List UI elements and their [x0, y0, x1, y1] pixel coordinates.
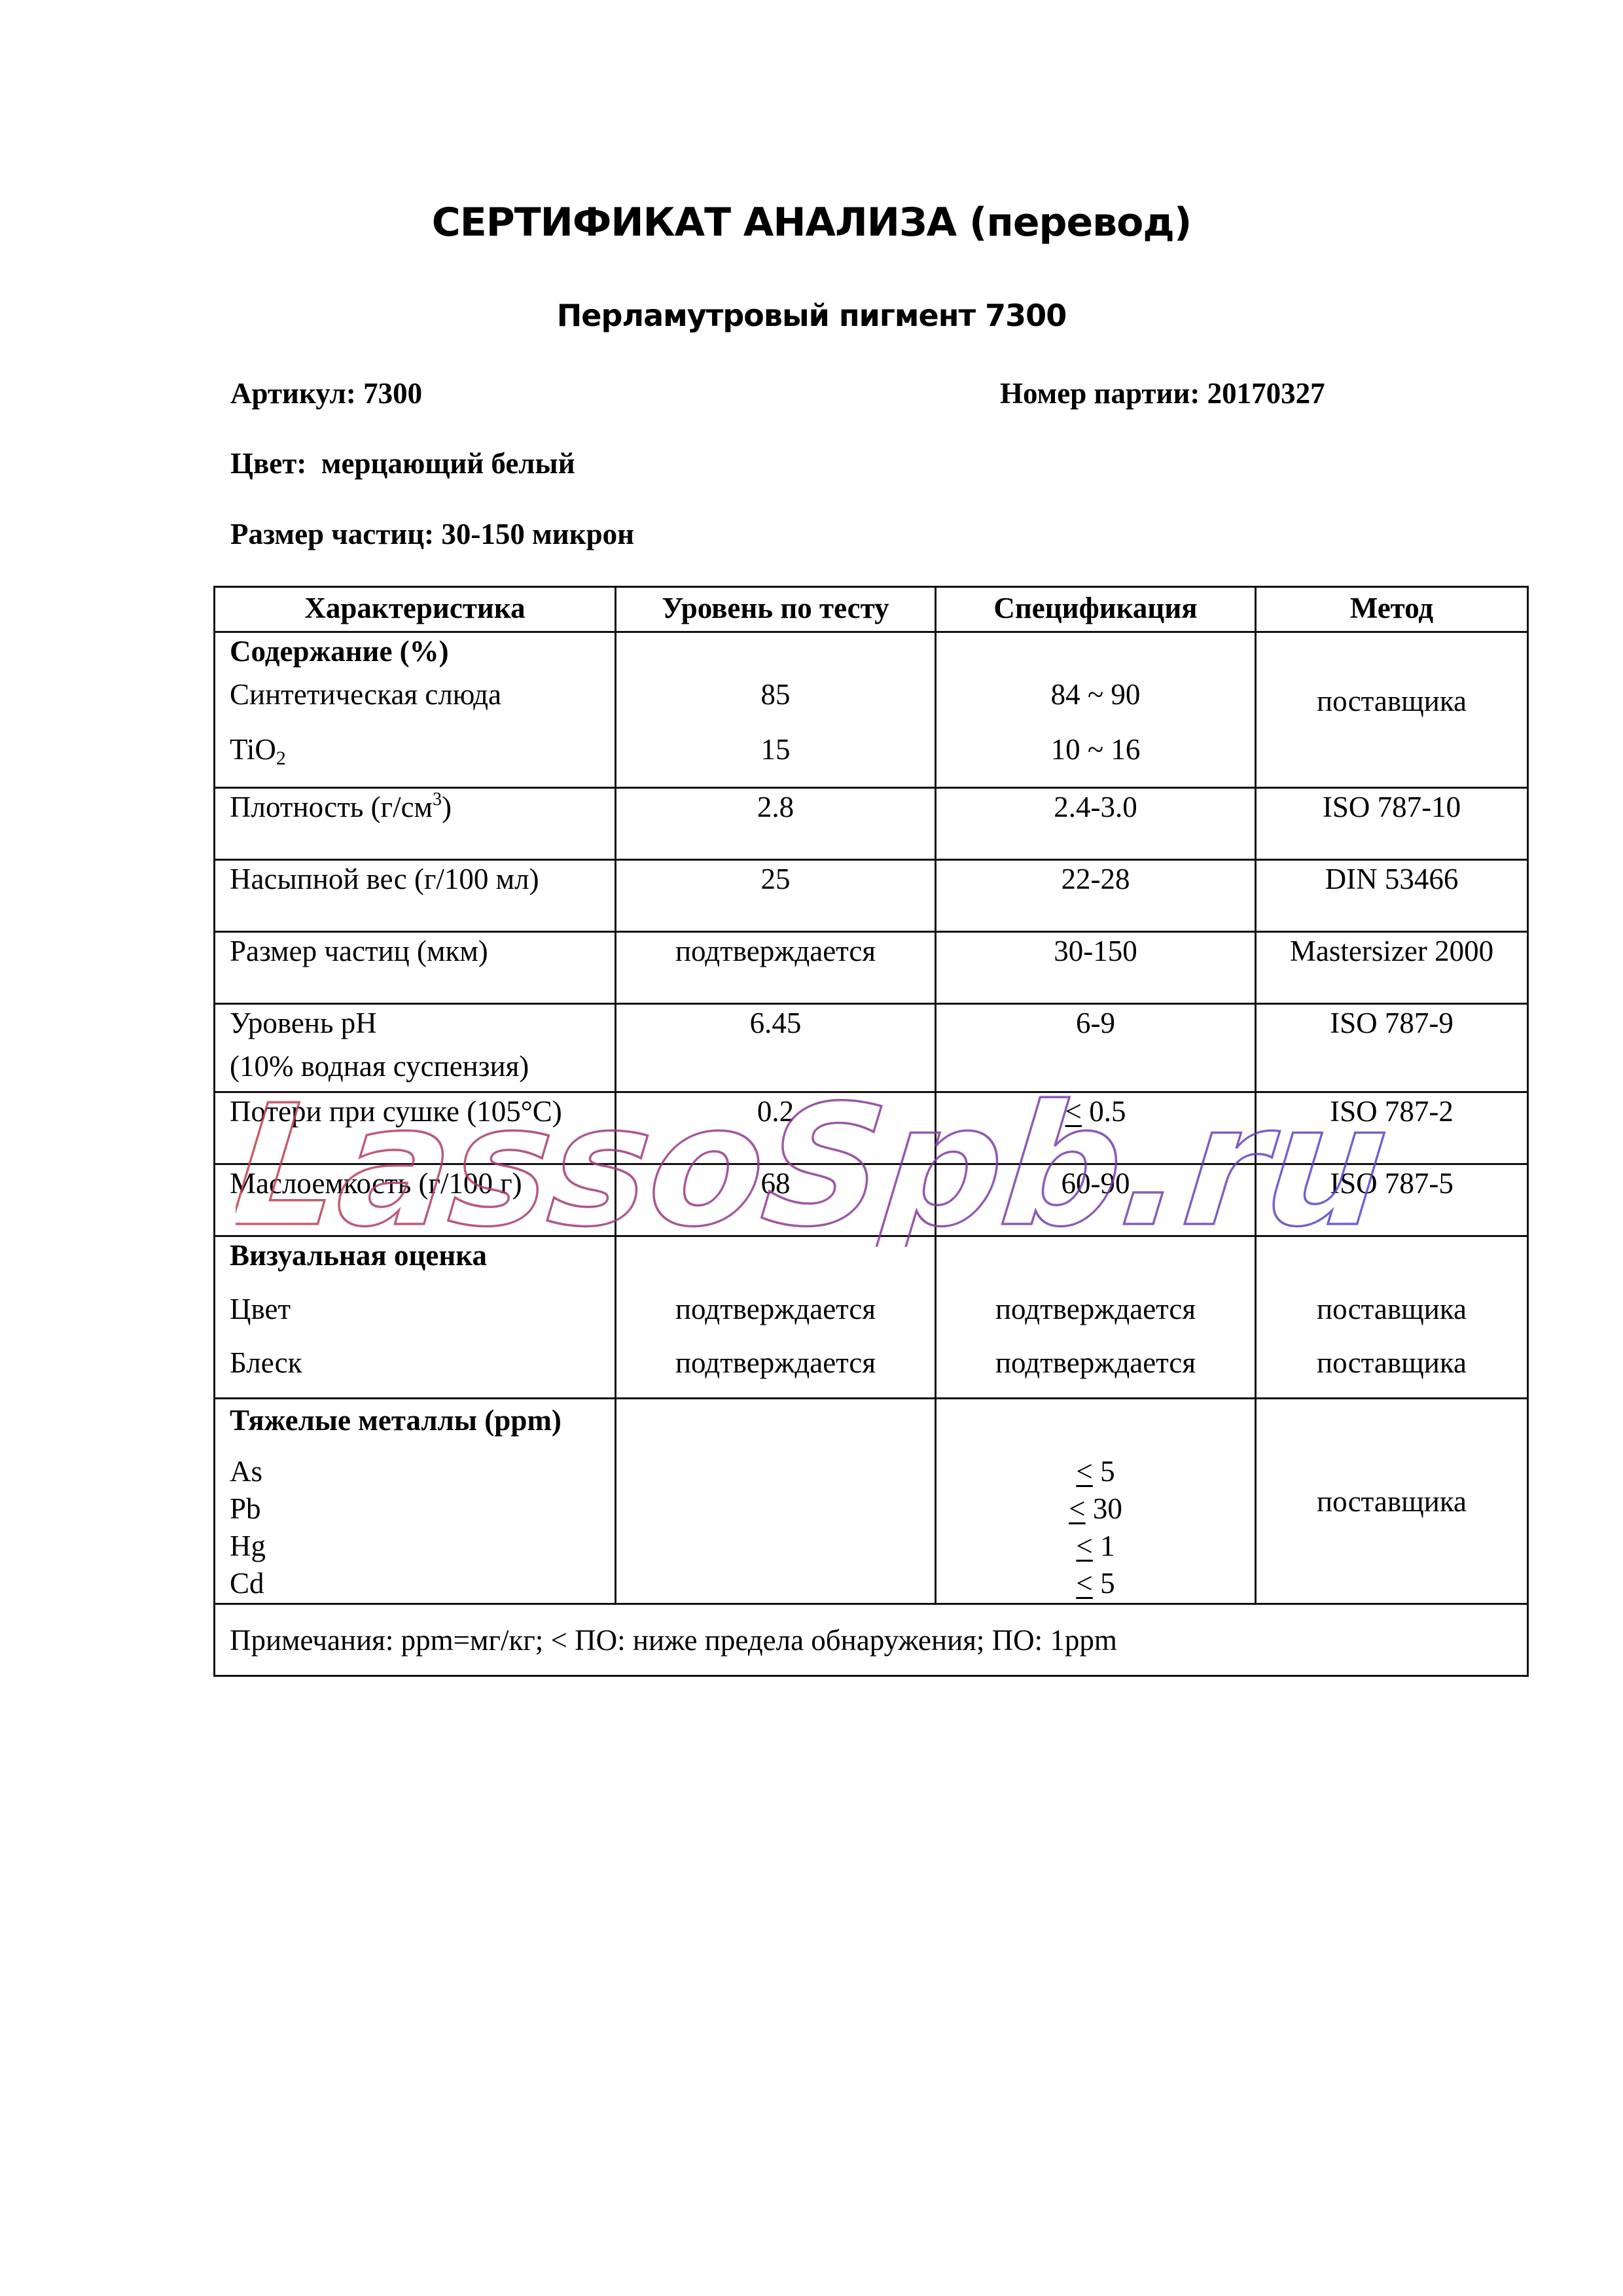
visual-color-result: подтверждается: [616, 1291, 935, 1327]
visual-gloss-method: поставщика: [1257, 1344, 1527, 1381]
metal-hg-label: Hg: [230, 1528, 615, 1565]
metal-as-spec: < 5: [936, 1453, 1255, 1490]
tio2-spec: 10 ~ 16: [936, 731, 1255, 768]
ph-label: Уровень pH (10% водная суспензия): [215, 1004, 616, 1092]
visual-results: подтверждается подтверждается: [616, 1236, 936, 1399]
content-method: поставщика: [1256, 632, 1528, 788]
content-characteristic: Содержание (%) Синтетическая слюда TiO2: [215, 632, 616, 788]
drying-method: ISO 787-2: [1256, 1092, 1528, 1164]
ph-spec: 6-9: [936, 1004, 1256, 1092]
density-result: 2.8: [616, 788, 936, 860]
tio2-subscript: 2: [276, 747, 286, 769]
metal-pb-value: 30: [1086, 1492, 1122, 1525]
less-equal-sign: <: [1076, 1455, 1092, 1488]
ph-method: ISO 787-9: [1256, 1004, 1528, 1092]
drying-spec-value: 0.5: [1082, 1095, 1126, 1128]
mica-result: 85: [616, 676, 935, 713]
metals-characteristic: Тяжелые металлы (ppm) As Pb Hg Cd: [215, 1399, 616, 1604]
particle-size-summary: Размер частиц: 30-150 микрон: [230, 516, 634, 552]
metal-pb-label: Pb: [230, 1490, 615, 1528]
document-title: СЕРТИФИКАТ АНАЛИЗА (перевод): [0, 196, 1623, 249]
batch-number: Номер партии: 20170327: [1000, 375, 1325, 412]
tio2-label: TiO2: [230, 731, 615, 768]
visual-color-label: Цвет: [230, 1291, 615, 1327]
header-specification: Спецификация: [936, 587, 1256, 632]
notes-text: Примечания: ppm=мг/кг; < ПО: ниже предел…: [215, 1604, 1528, 1676]
metal-hg-value: 1: [1093, 1530, 1115, 1562]
ph-label-line1: Уровень pH: [230, 1005, 615, 1041]
metals-specs: < 5 < 30 < 1 < 5: [936, 1399, 1256, 1604]
metal-pb-spec: < 30: [936, 1490, 1255, 1528]
bulk-method: DIN 53466: [1256, 860, 1528, 932]
particle-label: Размер частиц (мкм): [215, 932, 616, 1004]
table-header-row: Характеристика Уровень по тесту Специфик…: [215, 587, 1528, 632]
oil-result: 68: [616, 1164, 936, 1236]
analysis-table: Характеристика Уровень по тесту Специфик…: [213, 586, 1529, 1677]
metal-cd-label: Cd: [230, 1565, 615, 1602]
product-subtitle: Перламутровый пигмент 7300: [0, 295, 1623, 336]
tio2-main: TiO: [230, 733, 276, 766]
visual-methods: поставщика поставщика: [1256, 1236, 1528, 1399]
bulk-result: 25: [616, 860, 936, 932]
metals-section-title: Тяжелые металлы (ppm): [230, 1402, 615, 1439]
particle-result: подтверждается: [616, 932, 936, 1004]
oil-spec: 60-90: [936, 1164, 1256, 1236]
less-equal-sign: <: [1065, 1095, 1082, 1128]
table-row-oil: Маслоемкость (г/100 г) 68 60-90 ISO 787-…: [215, 1164, 1528, 1236]
header-characteristic: Характеристика: [215, 587, 616, 632]
table-row-notes: Примечания: ppm=мг/кг; < ПО: ниже предел…: [215, 1604, 1528, 1676]
table-row-content: Содержание (%) Синтетическая слюда TiO2 …: [215, 632, 1528, 788]
visual-specs: подтверждается подтверждается: [936, 1236, 1256, 1399]
drying-result: 0.2: [616, 1092, 936, 1164]
metal-hg-spec: < 1: [936, 1528, 1255, 1565]
table-row-bulk: Насыпной вес (г/100 мл) 25 22-28 DIN 534…: [215, 860, 1528, 932]
metal-as-value: 5: [1093, 1455, 1115, 1488]
less-equal-sign: <: [1069, 1492, 1085, 1525]
oil-label: Маслоемкость (г/100 г): [215, 1164, 616, 1236]
metals-method: поставщика: [1256, 1399, 1528, 1604]
content-section-title: Содержание (%): [230, 633, 615, 670]
table-row-ph: Уровень pH (10% водная суспензия) 6.45 6…: [215, 1004, 1528, 1092]
content-method-text: поставщика: [1257, 683, 1527, 719]
metal-cd-spec: < 5: [936, 1565, 1255, 1602]
header-test-result: Уровень по тесту: [616, 587, 936, 632]
bulk-spec: 22-28: [936, 860, 1256, 932]
article-number: Артикул: 7300: [230, 375, 422, 412]
tio2-result: 15: [616, 731, 935, 768]
less-equal-sign: <: [1076, 1530, 1092, 1562]
visual-color-spec: подтверждается: [936, 1291, 1255, 1327]
visual-gloss-label: Блеск: [230, 1344, 615, 1381]
oil-method: ISO 787-5: [1256, 1164, 1528, 1236]
density-spec: 2.4-3.0: [936, 788, 1256, 860]
table-row-visual: Визуальная оценка Цвет Блеск подтверждае…: [215, 1236, 1528, 1399]
mica-label: Синтетическая слюда: [230, 676, 615, 713]
table-row-drying: Потери при сушке (105°C) 0.2 < 0.5 ISO 7…: [215, 1092, 1528, 1164]
ph-result: 6.45: [616, 1004, 936, 1092]
visual-color-method: поставщика: [1257, 1291, 1527, 1327]
less-equal-sign: <: [1076, 1567, 1092, 1600]
bulk-label: Насыпной вес (г/100 мл): [215, 860, 616, 932]
content-specs: 84 ~ 90 10 ~ 16: [936, 632, 1256, 788]
drying-spec: < 0.5: [936, 1092, 1256, 1164]
product-color: Цвет: мерцающий белый: [230, 445, 575, 482]
visual-gloss-spec: подтверждается: [936, 1344, 1255, 1381]
visual-section-title: Визуальная оценка: [230, 1237, 615, 1274]
metal-cd-value: 5: [1093, 1567, 1115, 1600]
table-row-density: Плотность (г/см3) 2.8 2.4-3.0 ISO 787-10: [215, 788, 1528, 860]
density-method: ISO 787-10: [1256, 788, 1528, 860]
drying-label: Потери при сушке (105°C): [215, 1092, 616, 1164]
table-row-metals: Тяжелые металлы (ppm) As Pb Hg Cd < 5 < …: [215, 1399, 1528, 1604]
density-label-tail: ): [442, 791, 452, 823]
density-label-main: Плотность (г/см: [230, 791, 433, 823]
ph-label-line2: (10% водная суспензия): [230, 1048, 615, 1085]
table-row-particle: Размер частиц (мкм) подтверждается 30-15…: [215, 932, 1528, 1004]
visual-characteristic: Визуальная оценка Цвет Блеск: [215, 1236, 616, 1399]
metal-as-label: As: [230, 1453, 615, 1490]
density-superscript: 3: [433, 789, 442, 810]
header-method: Метод: [1256, 587, 1528, 632]
content-results: 85 15: [616, 632, 936, 788]
particle-spec: 30-150: [936, 932, 1256, 1004]
mica-spec: 84 ~ 90: [936, 676, 1255, 713]
visual-gloss-result: подтверждается: [616, 1344, 935, 1381]
certificate-page: СЕРТИФИКАТ АНАЛИЗА (перевод) Перламутров…: [0, 0, 1623, 2296]
density-label: Плотность (г/см3): [215, 788, 616, 860]
particle-method: Mastersizer 2000: [1256, 932, 1528, 1004]
metals-results: [616, 1399, 936, 1604]
